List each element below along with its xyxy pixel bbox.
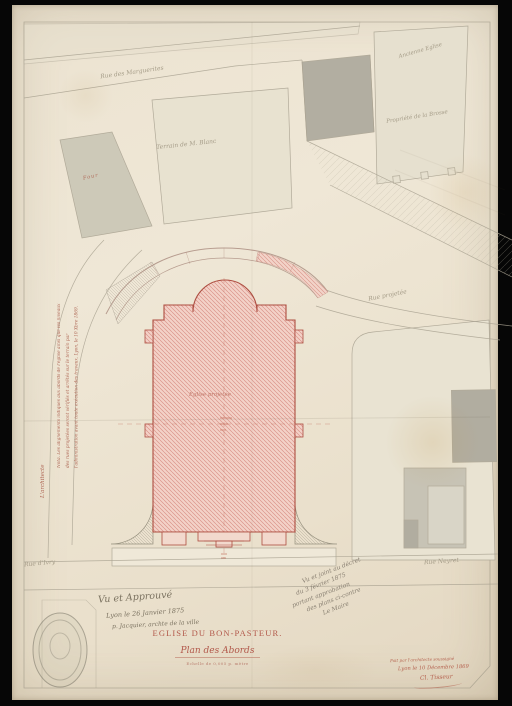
scale-note: Echelle de 0,005 p. mètre xyxy=(140,661,295,666)
margin-note-signature: L'architecte xyxy=(40,465,46,498)
church-plan xyxy=(111,278,337,558)
scanned-plan: Rue des Marguerites Terrain de M. Blanc … xyxy=(0,0,512,706)
official-stamp xyxy=(33,613,87,687)
entrance-steps xyxy=(162,532,286,547)
margin-note: Nota. Les alignements indiqués aux abord… xyxy=(56,300,106,468)
title-block: EGLISE DU BON-PASTEUR. Plan des Abords E… xyxy=(140,628,295,666)
left-curved-flank xyxy=(111,502,153,544)
right-curved-flank xyxy=(295,502,337,544)
plan-title: EGLISE DU BON-PASTEUR. xyxy=(140,628,295,638)
church-label: Eglise projetée xyxy=(189,392,231,398)
plan-subtitle: Plan des Abords xyxy=(175,646,261,658)
